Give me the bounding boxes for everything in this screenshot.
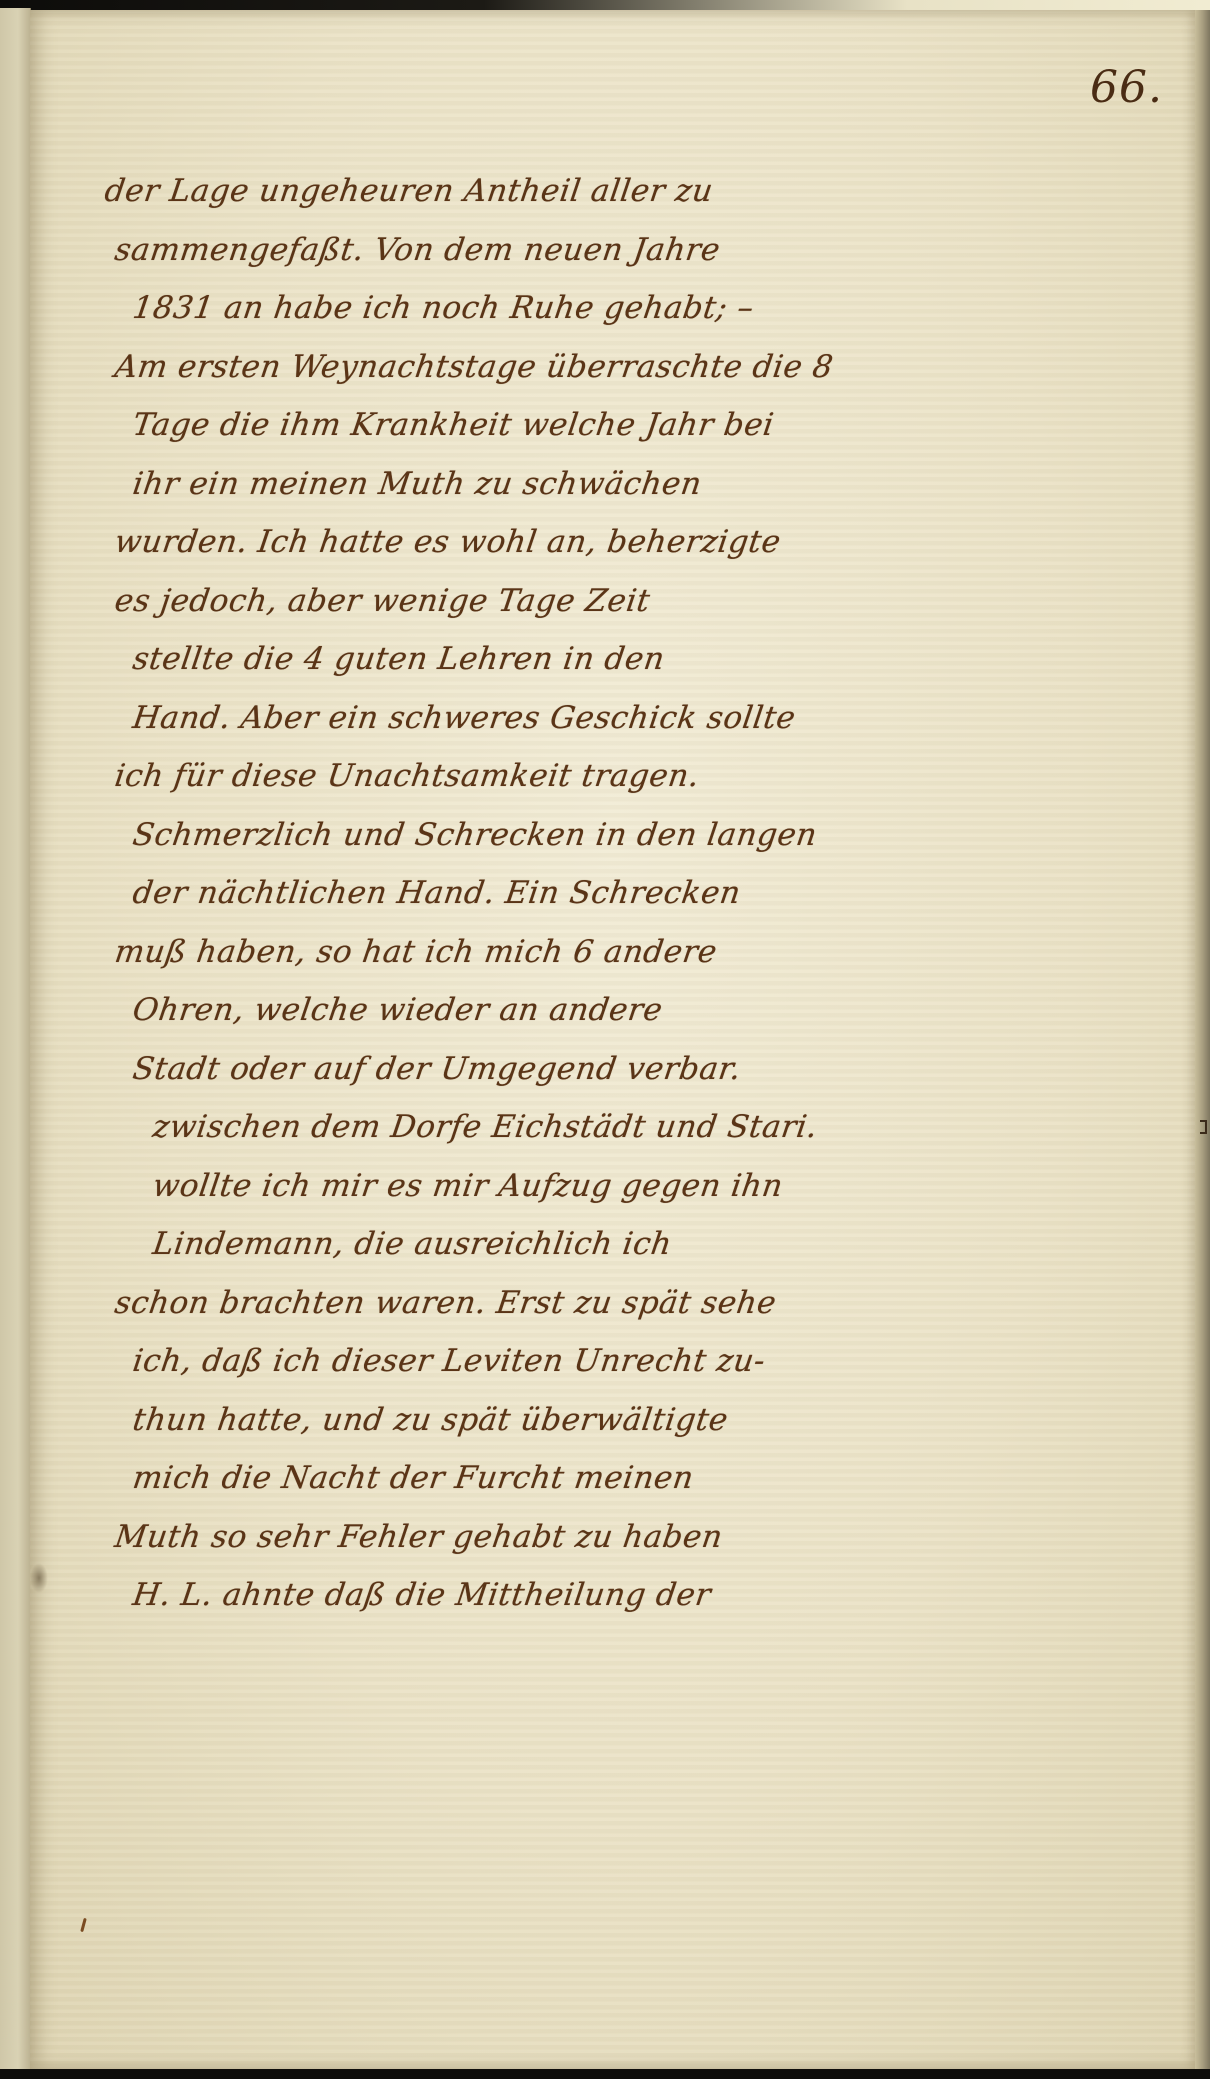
text-line: Stadt oder auf der Umgegend verbar. — [101, 1040, 909, 1099]
text-line: Tage die ihm Krankheit welche Jahr bei — [101, 396, 909, 455]
text-line: Ohren, welche wieder an andere — [101, 981, 909, 1040]
text-line: ich, daß ich dieser Leviten Unrecht zu- — [101, 1332, 909, 1391]
manuscript-text: der Lage ungeheuren Antheil aller zu sam… — [105, 162, 905, 1625]
text-line: der nächtlichen Hand. Ein Schrecken — [101, 864, 909, 923]
text-line: H. L. ahnte daß die Mittheilung der — [101, 1566, 909, 1625]
text-line: es jedoch, aber wenige Tage Zeit — [101, 572, 909, 631]
binding-clip-mark — [1200, 1120, 1207, 1134]
text-line: Muth so sehr Fehler gehabt zu haben — [101, 1508, 909, 1567]
text-line: Hand. Aber ein schweres Geschick sollte — [101, 689, 909, 748]
scan-top-border — [0, 0, 1210, 10]
text-line: sammengefaßt. Von dem neuen Jahre — [101, 221, 909, 280]
text-line: ich für diese Unachtsamkeit tragen. — [101, 747, 909, 806]
text-line: schon brachten waren. Erst zu spät sehe — [101, 1274, 909, 1333]
text-line: thun hatte, und zu spät überwältigte — [101, 1391, 909, 1450]
text-line: Lindemann, die ausreichlich ich — [101, 1215, 909, 1274]
text-line: ihr ein meinen Muth zu schwächen — [101, 455, 909, 514]
page-right-edge — [1195, 10, 1210, 2069]
previous-page-edge — [0, 8, 31, 2069]
text-line: wollte ich mir es mir Aufzug gegen ihn — [101, 1157, 909, 1216]
text-line: Schmerzlich und Schrecken in den langen — [101, 806, 909, 865]
text-line: mich die Nacht der Furcht meinen — [101, 1449, 909, 1508]
folio-number: 66. — [1090, 62, 1163, 113]
text-line: der Lage ungeheuren Antheil aller zu — [101, 162, 909, 221]
text-line: zwischen dem Dorfe Eichstädt und Stari. — [101, 1098, 909, 1157]
scan-bottom-border — [0, 2069, 1210, 2079]
text-line: muß haben, so hat ich mich 6 andere — [101, 923, 909, 982]
text-line: 1831 an habe ich noch Ruhe gehabt; – — [101, 279, 909, 338]
paper-stain — [30, 1563, 48, 1593]
text-line: Am ersten Weynachtstage überraschte die … — [101, 338, 909, 397]
text-line: stellte die 4 guten Lehren in den — [101, 630, 909, 689]
text-line: wurden. Ich hatte es wohl an, beherzigte — [101, 513, 909, 572]
